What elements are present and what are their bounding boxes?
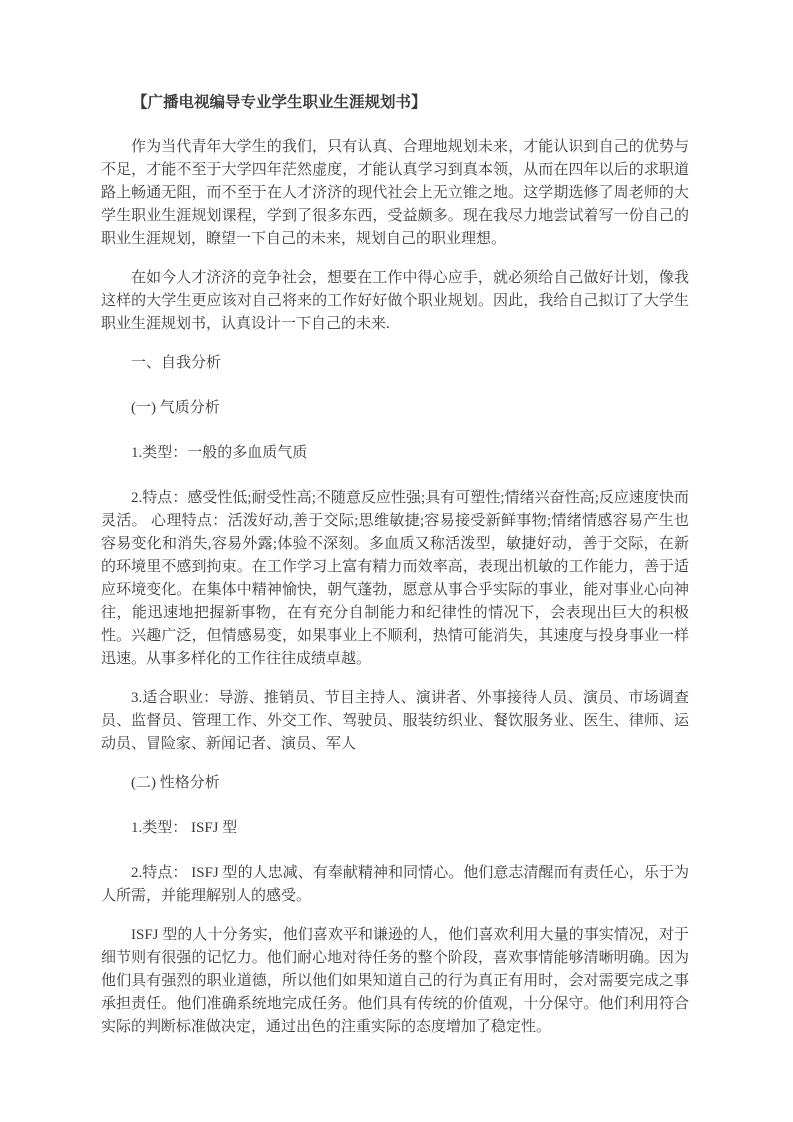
paragraph: ISFJ 型的人十分务实，他们喜欢平和谦逊的人，他们喜欢利用大量的事实情况，对于… [101, 924, 689, 1039]
paragraph: 1.类型： ISFJ 型 [101, 817, 689, 840]
paragraph: 1.类型：一般的多血质气质 [101, 442, 689, 465]
paragraph: (二) 性格分析 [101, 772, 689, 795]
paragraph: 在如今人才济济的竞争社会，想要在工作中得心应手，就必须给自己做好计划，像我这样的… [101, 267, 689, 336]
document-body: 作为当代青年大学生的我们，只有认真、合理地规划未来，才能认识到自己的优势与不足，… [101, 136, 689, 1039]
document-title: 【广播电视编导专业学生职业生涯规划书】 [101, 91, 689, 114]
document-page: 【广播电视编导专业学生职业生涯规划书】 作为当代青年大学生的我们，只有认真、合理… [0, 0, 793, 1122]
paragraph: 作为当代青年大学生的我们，只有认真、合理地规划未来，才能认识到自己的优势与不足，… [101, 136, 689, 251]
paragraph: (一) 气质分析 [101, 397, 689, 420]
paragraph: 2.特点：感受性低;耐受性高;不随意反应性强;具有可塑性;情绪兴奋性高;反应速度… [101, 487, 689, 671]
paragraph: 一、自我分析 [101, 352, 689, 375]
paragraph: 2.特点： ISFJ 型的人忠减、有奉献精神和同情心。他们意志清醒而有责任心，乐… [101, 862, 689, 908]
paragraph: 3.适合职业：导游、推销员、节目主持人、演讲者、外事接待人员、演员、市场调查员、… [101, 687, 689, 756]
